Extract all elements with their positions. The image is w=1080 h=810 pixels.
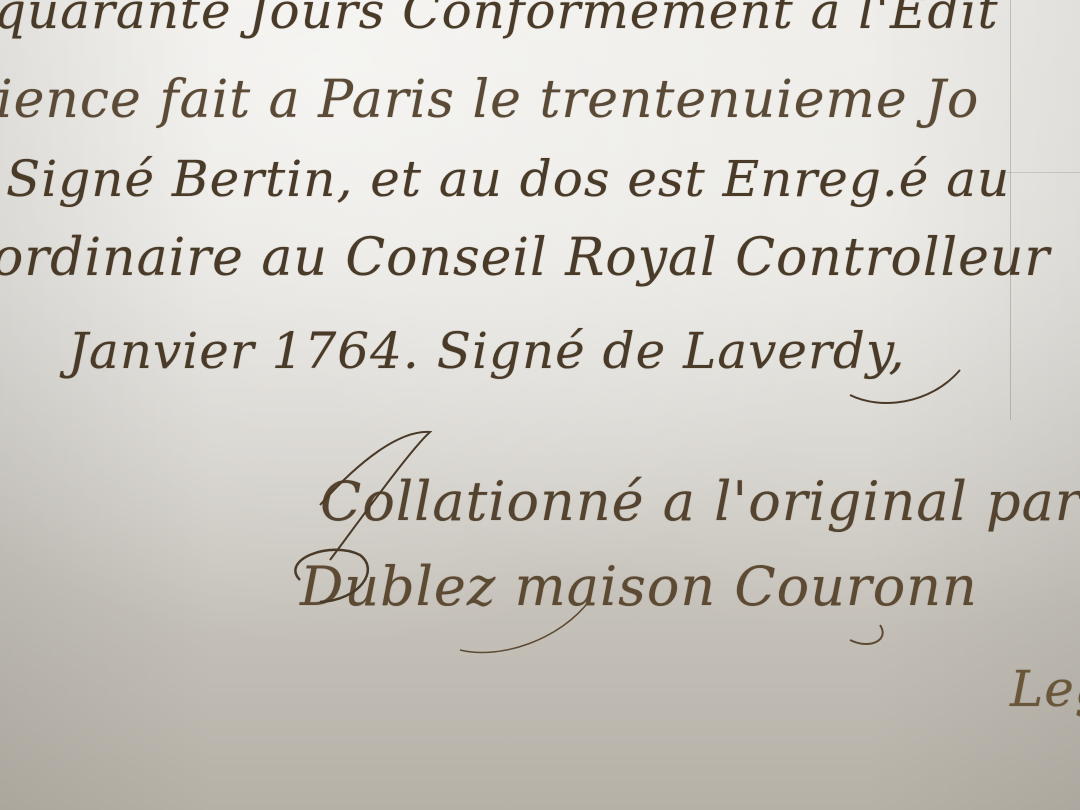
- paper-fold-crease: [1000, 172, 1080, 173]
- manuscript-line-date-signature: Janvier 1764. Signé de Laverdy,: [68, 322, 905, 380]
- manuscript-line-fragment: Leg: [1010, 660, 1080, 718]
- manuscript-line-2: ience fait a Paris le trentenuieme Jo: [0, 70, 979, 130]
- manuscript-line-4: ordinaire au Conseil Royal Controlleur: [0, 228, 1050, 288]
- paper-fold-line: [1010, 0, 1011, 420]
- manuscript-line-dublez: Dublez maison Couronn: [300, 555, 978, 618]
- manuscript-line-3: Signé Bertin, et au dos est Enreg.é au: [6, 150, 1010, 208]
- manuscript-line-1: quarante Jours Conformement a l'Edit: [0, 0, 999, 40]
- manuscript-line-collation: Collationné a l'original par: [320, 470, 1080, 533]
